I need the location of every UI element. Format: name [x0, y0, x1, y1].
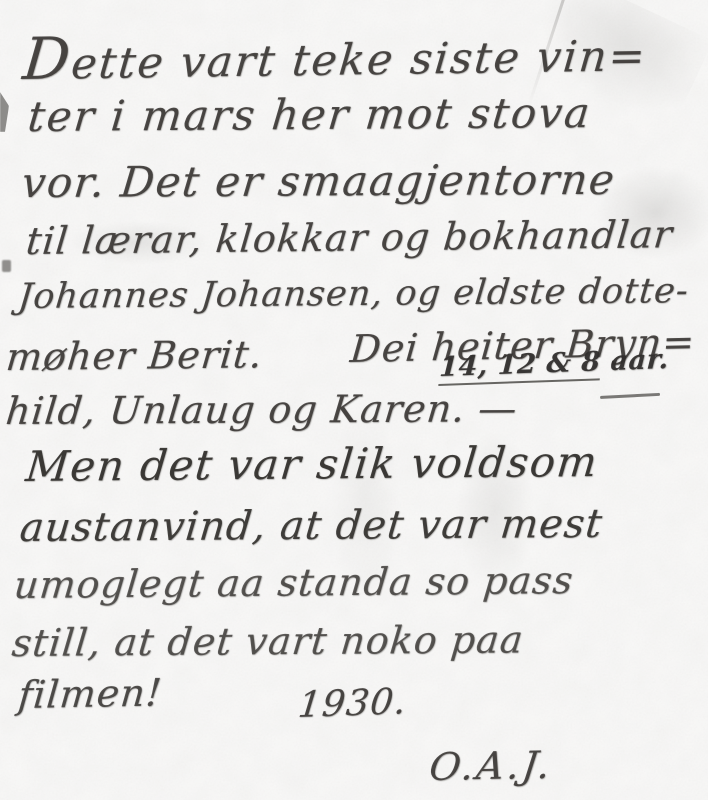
handwritten-line-10: umoglegt aa standa so pass [12, 561, 575, 604]
handwritten-line-1: Dette vart teke siste vin= [21, 21, 650, 88]
handwritten-line-3: vor. Det er smaagjentorne [20, 159, 618, 204]
handwritten-line-5: Johannes Johansen, og eldste dotte- [17, 274, 691, 315]
date-text: 1930. [296, 684, 408, 724]
handwritten-line-8: Men det var slik voldsom [24, 441, 600, 488]
signature-text: O.A.J. [427, 746, 555, 786]
handwritten-line-2: ter i mars her mot stova [26, 92, 593, 138]
ages-rest-text: aar. [600, 344, 670, 377]
ages-underlined-text: 14, 12 & 8 [438, 346, 601, 386]
handwritten-line-4: til lærar, klokkar og bokhandlar [24, 215, 674, 260]
handwritten-line-11: still, at det vart noko paa [10, 620, 525, 662]
handwritten-line-9: austanvind, at det var mest [18, 504, 605, 548]
handwritten-line-6-left: møher Berit. [4, 335, 264, 376]
handwritten-note-page: Dette vart teke siste vin= ter i mars he… [0, 0, 708, 800]
handwritten-line-7: hild, Unlaug og Karen. — [4, 389, 519, 430]
handwritten-line-12: filmen! [17, 673, 164, 714]
ages-annotation: 14, 12 & 8 aar. [439, 346, 670, 381]
